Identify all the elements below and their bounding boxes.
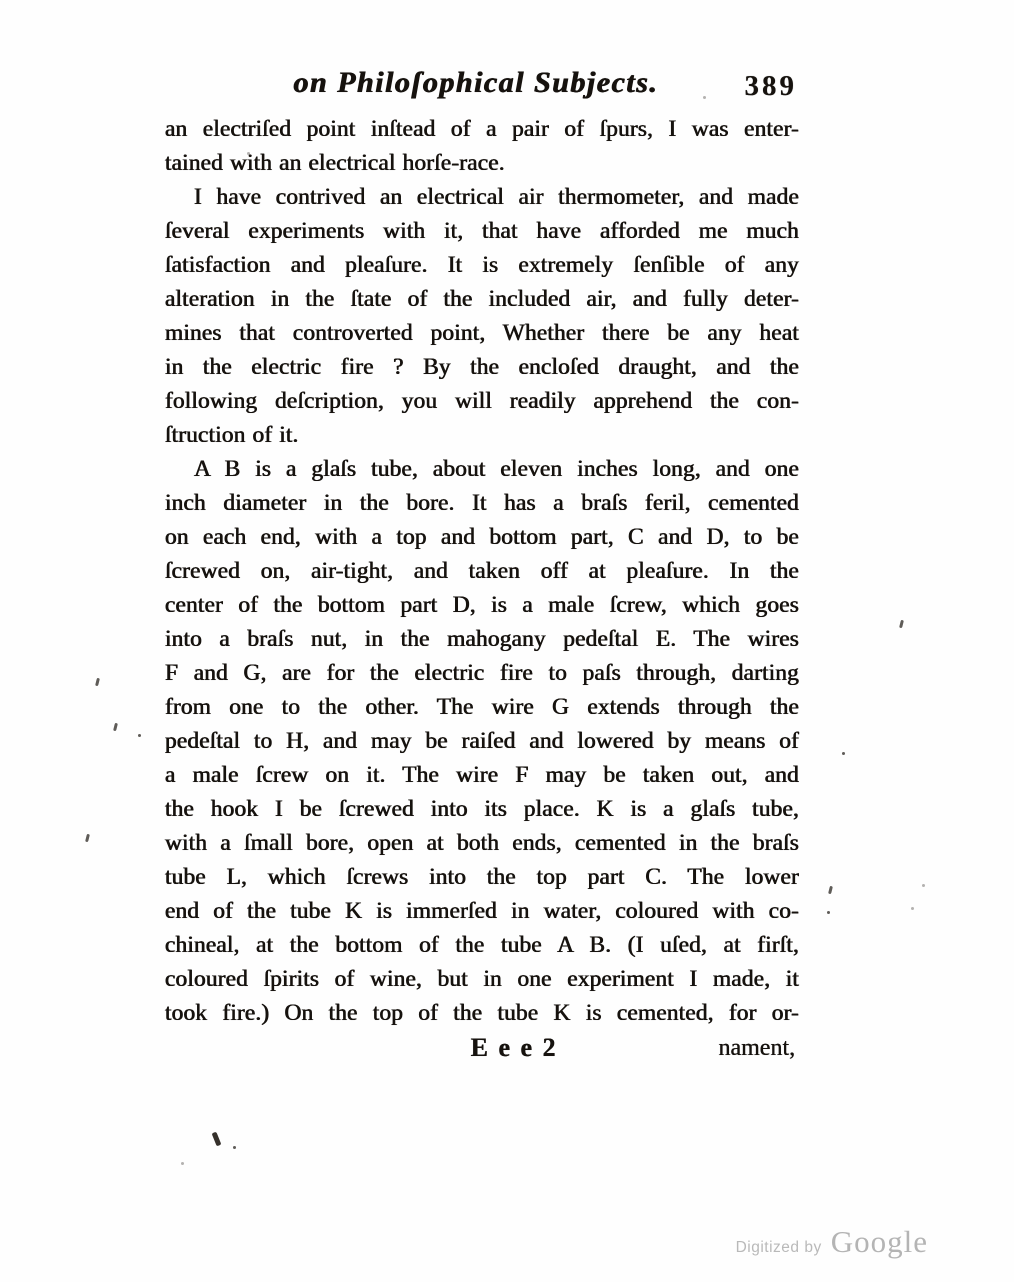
google-logo: Google xyxy=(831,1224,928,1260)
ink-speck xyxy=(113,723,118,731)
scanned-book-page: on Philoſophical Subjects. 389 an electr… xyxy=(0,0,1014,1282)
ink-speck xyxy=(842,752,845,755)
text-line: alteration in the ſtate of the included … xyxy=(165,282,799,316)
text-line: coloured ſpirits of wine, but in one exp… xyxy=(165,962,799,996)
body-text: an electriſed point inſtead of a pair of… xyxy=(165,112,799,1030)
text-line: inch diameter in the bore. It has a braſ… xyxy=(165,486,799,520)
ink-speck xyxy=(233,1146,236,1149)
text-line: mines that controverted point, Whether t… xyxy=(165,316,799,350)
text-line: the hook I be ſcrewed into its place. K … xyxy=(165,792,799,826)
text-line: ſcrewed on, air-tight, and taken off at … xyxy=(165,554,799,588)
ink-speck xyxy=(828,886,833,894)
text-line: an electriſed point inſtead of a pair of… xyxy=(165,112,799,146)
ink-speck xyxy=(703,96,706,99)
text-line: center of the bottom part D, is a male ſ… xyxy=(165,588,799,622)
ink-speck xyxy=(138,734,141,737)
text-line: took fire.) On the top of the tube K is … xyxy=(165,996,799,1030)
text-line: in the electric fire ? By the encloſed d… xyxy=(165,350,799,384)
text-line: A B is a glaſs tube, about eleven inches… xyxy=(165,452,799,486)
text-line: with a ſmall bore, open at both ends, ce… xyxy=(165,826,799,860)
text-line: end of the tube K is immerſed in water, … xyxy=(165,894,799,928)
signature-row: E e e 2 nament, xyxy=(165,1031,799,1065)
text-line: into a braſs nut, in the mahogany pedeſt… xyxy=(165,622,799,656)
text-line: I have contrived an electrical air therm… xyxy=(165,180,799,214)
ink-speck xyxy=(922,884,925,887)
page-number: 389 xyxy=(745,70,798,103)
page-header: on Philoſophical Subjects. 389 xyxy=(165,66,799,108)
text-line: F and G, are for the electric fire to pa… xyxy=(165,656,799,690)
text-line: ſeveral experiments with it, that have a… xyxy=(165,214,799,248)
signature-mark: E e e 2 xyxy=(471,1031,558,1065)
running-title: on Philoſophical Subjects. xyxy=(159,66,793,100)
ink-speck xyxy=(212,1132,222,1147)
text-line: from one to the other. The wire G extend… xyxy=(165,690,799,724)
ink-speck xyxy=(247,152,250,155)
text-line: pedeſtal to H, and may be raiſed and low… xyxy=(165,724,799,758)
ink-speck xyxy=(95,678,100,686)
text-line: ſtruction of it. xyxy=(165,418,799,452)
watermark-prefix: Digitized by xyxy=(736,1239,822,1257)
text-line: a male ſcrew on it. The wire F may be ta… xyxy=(165,758,799,792)
text-line: tained with an electrical horſe-race. xyxy=(165,146,799,180)
text-line: following deſcription, you will readily … xyxy=(165,384,799,418)
ink-speck xyxy=(827,911,830,914)
ink-speck xyxy=(181,1162,184,1165)
digitized-by-google-watermark: Digitized by Google xyxy=(736,1224,928,1260)
ink-speck xyxy=(911,907,914,910)
text-line: tube L, which ſcrews into the top part C… xyxy=(165,860,799,894)
text-line: on each end, with a top and bottom part,… xyxy=(165,520,799,554)
text-line: ſatisfaction and pleaſure. It is extreme… xyxy=(165,248,799,282)
catchword: nament, xyxy=(718,1031,795,1065)
ink-speck xyxy=(899,620,904,628)
ink-speck xyxy=(85,834,90,842)
text-line: chineal, at the bottom of the tube A B. … xyxy=(165,928,799,962)
